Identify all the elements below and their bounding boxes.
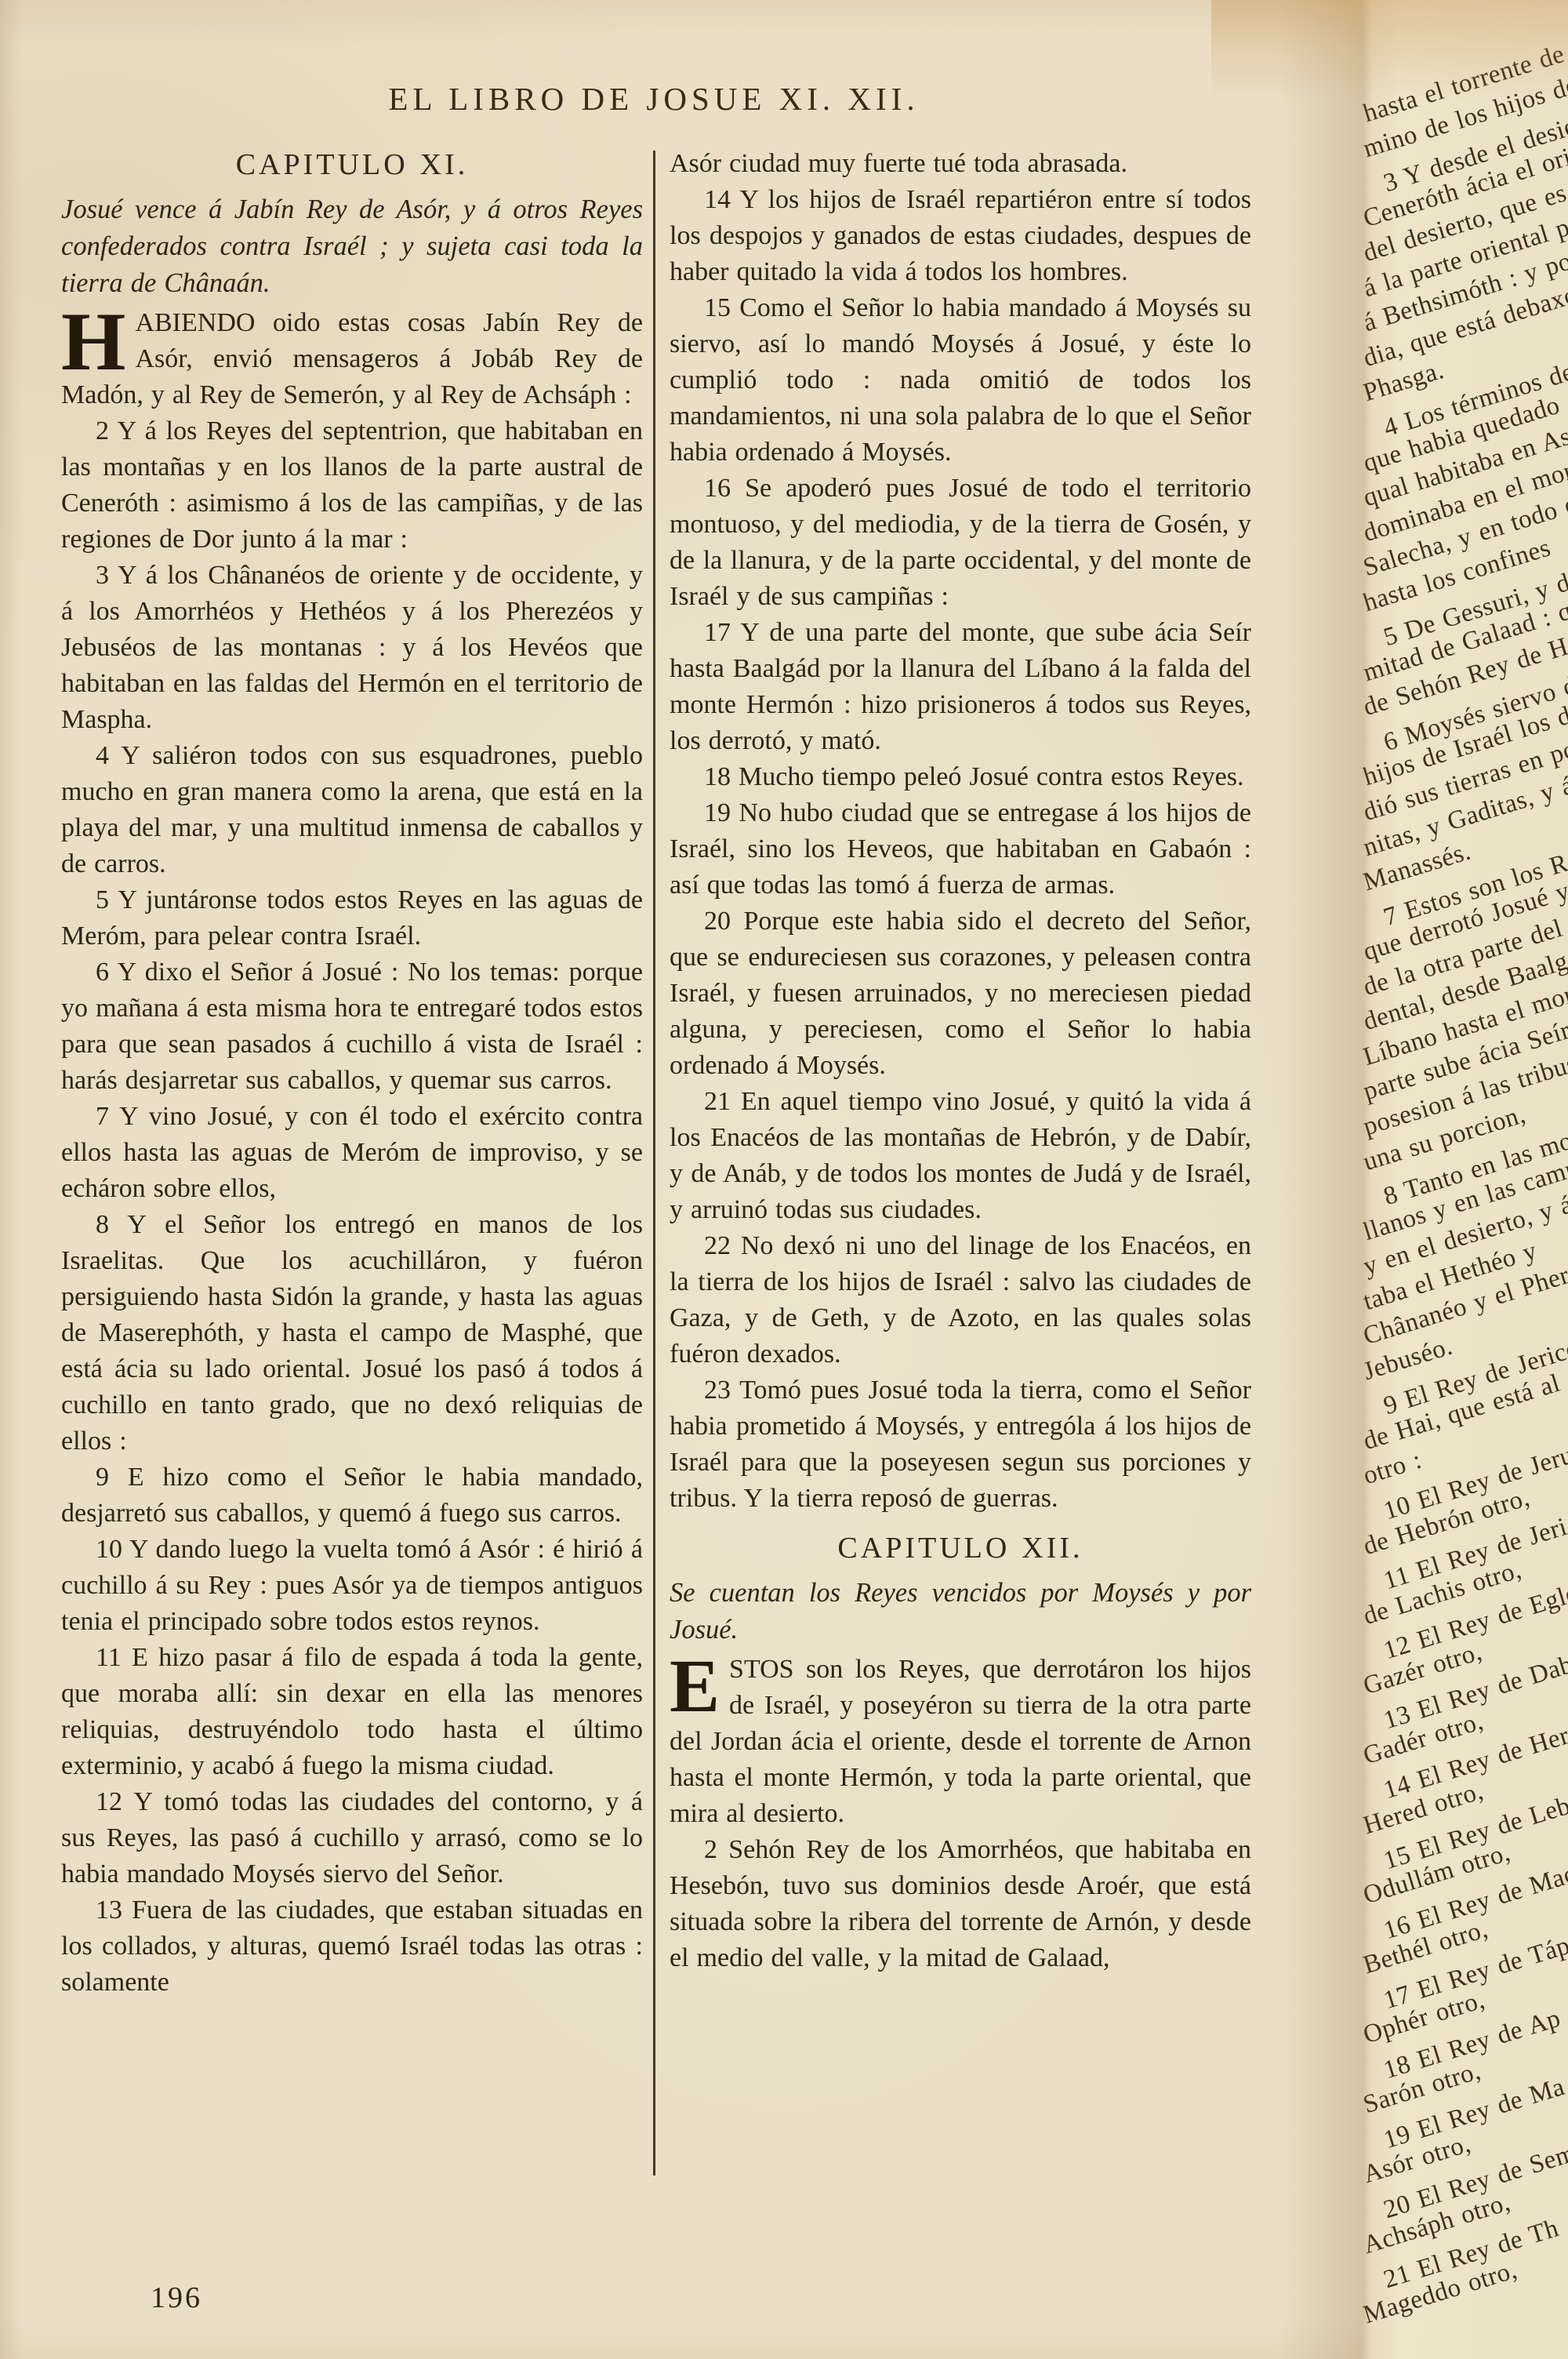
page-curl-shadow	[1276, 0, 1363, 2359]
verse-paragraph: 20 Porque este habia sido el decreto del…	[670, 903, 1251, 1084]
verse-paragraph: 6 Y dixo el Señor á Josué : No los temas…	[61, 954, 643, 1099]
verse-paragraph: 3 Y á los Chânanéos de oriente y de occi…	[61, 558, 643, 738]
verse-paragraph: 22 No dexó ni uno del linage de los Enac…	[670, 1228, 1251, 1372]
verse-paragraph: 23 Tomó pues Josué toda la tierra, como …	[670, 1372, 1251, 1517]
left-verses: 2 Y á los Reyes del septentrion, que hab…	[61, 413, 643, 2001]
verse-paragraph: 2 Sehón Rey de los Amorrhéos, que habita…	[670, 1832, 1251, 1976]
right-column: Asór ciudad muy fuerte tué toda abrasada…	[670, 146, 1251, 1976]
column-divider-rule	[653, 151, 655, 2175]
verse-paragraph: 18 Mucho tiempo peleó Josué contra estos…	[670, 759, 1251, 795]
verse-paragraph: 16 Se apoderó pues Josué de todo el terr…	[670, 471, 1251, 615]
drop-cap-letter: E	[670, 1652, 729, 1716]
verse-paragraph: 17 Y de una parte del monte, que sube ác…	[670, 615, 1251, 759]
verse-paragraph: 13 Fuera de las ciudades, que estaban si…	[61, 1892, 643, 2001]
facing-page-lines: hasta el torrente de Jabócmino de los hi…	[1363, 0, 1568, 2359]
chapter-11-heading: CAPITULO XI.	[61, 146, 643, 184]
verse-paragraph: 12 Y tomó todas las ciudades del contorn…	[61, 1784, 643, 1892]
drop-cap-letter: H	[61, 305, 135, 374]
verse-paragraph: 19 No hubo ciudad que se entregase á los…	[670, 795, 1251, 903]
chapter-11-argument: Josué vence á Jabín Rey de Asór, y á otr…	[61, 191, 643, 302]
chapter-12-heading: CAPITULO XII.	[670, 1529, 1251, 1567]
verse-paragraph: 2 Y á los Reyes del septentrion, que hab…	[61, 413, 643, 558]
verse-paragraph: 7 Y vino Josué, y con él todo el exércit…	[61, 1099, 643, 1207]
verse-paragraph: 4 Y saliéron todos con sus esquadrones, …	[61, 738, 643, 882]
verse-text: STOS son los Reyes, que derrotáron los h…	[670, 1655, 1251, 1828]
verse-continuation-paragraph: Asór ciudad muy fuerte tué toda abrasada…	[670, 146, 1251, 182]
scanned-book-page: { "header": { "title": "EL LIBRO DE JOSU…	[0, 0, 1568, 2359]
verse-paragraph: 5 Y juntáronse todos estos Reyes en las …	[61, 882, 643, 954]
verse-paragraph: 15 Como el Señor lo habia mandado á Moys…	[670, 290, 1251, 471]
verse-paragraph: 9 E hizo como el Señor le habia mandado,…	[61, 1459, 643, 1532]
verse-paragraph: 11 E hizo pasar á filo de espada á toda …	[61, 1640, 643, 1784]
running-head: EL LIBRO DE JOSUE XI. XII.	[59, 80, 1249, 118]
right-verses: 14 Y los hijos de Israél repartiéron ent…	[670, 182, 1251, 1517]
verse-paragraph-dropcap: ESTOS son los Reyes, que derrotáron los …	[670, 1652, 1251, 1832]
chapter-12-argument: Se cuentan los Reyes vencidos por Moysés…	[670, 1575, 1251, 1648]
verse-paragraph-dropcap: HABIENDO oido estas cosas Jabín Rey de A…	[61, 305, 643, 413]
left-column: CAPITULO XI. Josué vence á Jabín Rey de …	[61, 146, 643, 2001]
verse-paragraph: 14 Y los hijos de Israél repartiéron ent…	[670, 182, 1251, 290]
page-number: 196	[151, 2281, 202, 2315]
verse-paragraph: 10 Y dando luego la vuelta tomó á Asór :…	[61, 1532, 643, 1640]
verse-paragraph: 21 En aquel tiempo vino Josué, y quitó l…	[670, 1084, 1251, 1228]
verse-paragraph: 8 Y el Señor los entregó en manos de los…	[61, 1207, 643, 1459]
verse-text: ABIENDO oido estas cosas Jabín Rey de As…	[61, 308, 643, 409]
chapter-12-verses: 2 Sehón Rey de los Amorrhéos, que habita…	[670, 1832, 1251, 1976]
facing-page-edge: hasta el torrente de Jabócmino de los hi…	[1363, 0, 1568, 2359]
